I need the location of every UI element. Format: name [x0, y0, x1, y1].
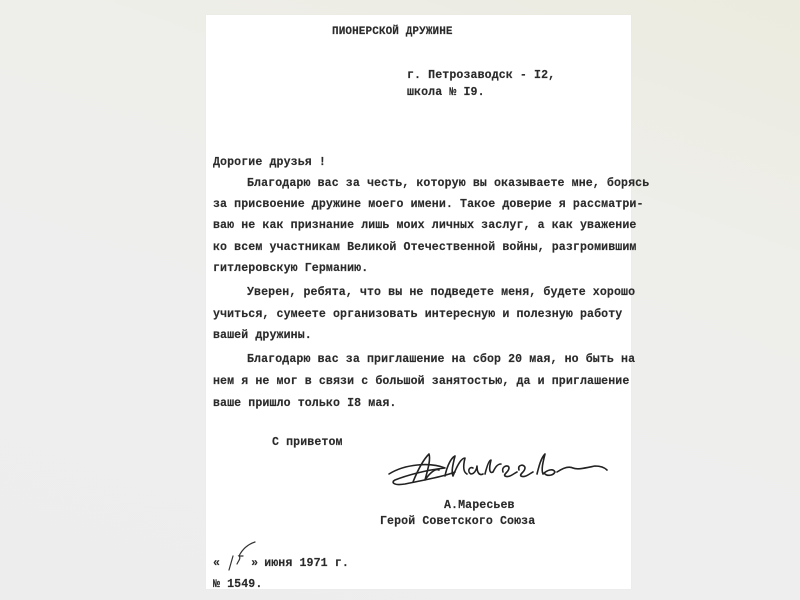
signer-title: Герой Советского Союза: [380, 516, 535, 528]
body-line: учиться, сумеете организовать интересную…: [213, 309, 622, 321]
signer-name: А.Маресьев: [444, 500, 515, 512]
date-text: июня 1971 г.: [264, 557, 349, 570]
body-line: за присвоение дружине моего имени. Такое…: [213, 199, 644, 211]
body-line: ко всем участникам Великой Отечественной…: [213, 242, 636, 254]
body-line: Благодарю вас за честь, которую вы оказы…: [247, 178, 649, 190]
letter-paper: [206, 15, 631, 589]
body-line: гитлеровскую Германию.: [213, 263, 368, 275]
closing: С приветом: [272, 437, 343, 449]
address-line-2: школа № I9.: [407, 87, 485, 99]
body-line: нем я не мог в связи с большой занятость…: [213, 376, 629, 388]
greeting: Дорогие друзья !: [213, 157, 326, 169]
body-line: Благодарю вас за приглашение на сбор 20 …: [247, 354, 635, 366]
date-close-quote: »: [251, 558, 257, 570]
address-line-1: г. Петрозаводск - I2,: [407, 70, 555, 82]
handwritten-signature-icon: [385, 446, 610, 496]
reference-number: № 1549.: [213, 579, 262, 591]
body-line: ваю не как признание лишь моих личных за…: [213, 220, 636, 232]
body-line: вашей дружины.: [213, 330, 312, 342]
recipient-heading: ПИОНЕРСКОЙ ДРУЖИНЕ: [332, 27, 453, 38]
date-open-quote: «: [213, 558, 219, 570]
body-line: ваше пришло только I8 мая.: [213, 398, 397, 410]
body-line: Уверен, ребята, что вы не подведете меня…: [247, 287, 635, 299]
date-line: « » июня 1971 г.: [213, 558, 349, 570]
